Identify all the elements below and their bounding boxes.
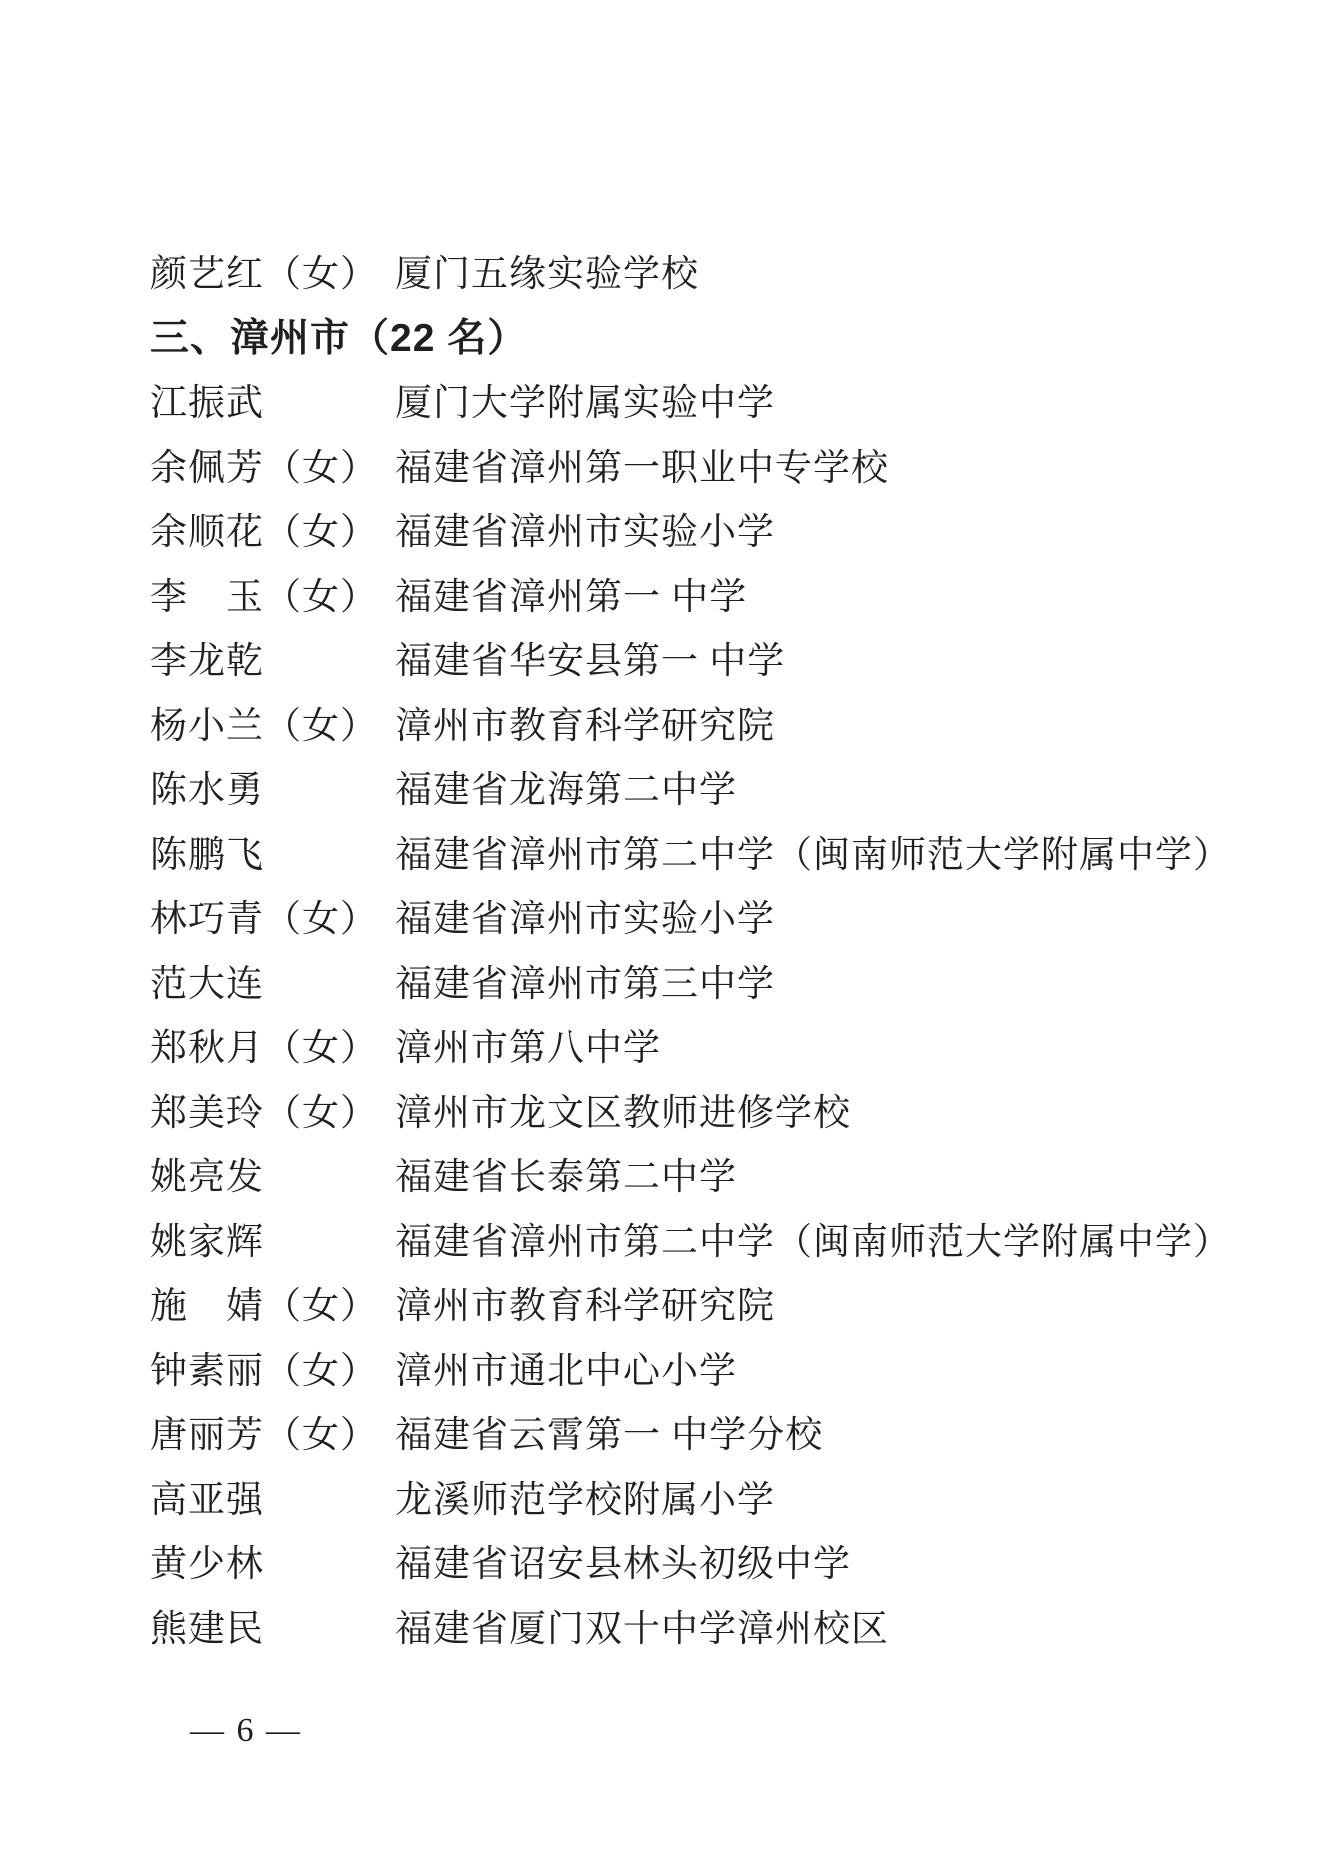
list-item: 李 玉（女）福建省漳州第一 中学 xyxy=(150,561,1283,626)
list-item: 李龙乾福建省华安县第一 中学 xyxy=(150,625,1283,690)
list-item: 姚亮发福建省长泰第二中学 xyxy=(150,1141,1283,1206)
person-name: 范大连 xyxy=(150,953,395,1007)
list-item: 钟素丽（女）漳州市通北中心小学 xyxy=(150,1335,1283,1400)
list-item: 高亚强龙溪师范学校附属小学 xyxy=(150,1464,1283,1529)
roster-list: 江振武厦门大学附属实验中学余佩芳（女）福建省漳州第一职业中专学校余顺花（女）福建… xyxy=(150,367,1283,1657)
school-name: 福建省龙海第二中学 xyxy=(395,759,1283,813)
person-name: 林巧青（女） xyxy=(150,888,395,942)
school-name: 福建省诏安县林头初级中学 xyxy=(395,1533,1283,1587)
person-name: 余佩芳（女） xyxy=(150,437,395,491)
person-name: 郑美玲（女） xyxy=(150,1082,395,1136)
section-heading: 三、漳州市（22 名） xyxy=(150,307,527,363)
school-name: 福建省厦门双十中学漳州校区 xyxy=(395,1598,1283,1652)
school-name: 福建省漳州第一职业中专学校 xyxy=(395,437,1283,491)
school-name: 福建省长泰第二中学 xyxy=(395,1146,1283,1200)
list-item: 范大连福建省漳州市第三中学 xyxy=(150,948,1283,1013)
person-name: 余顺花（女） xyxy=(150,501,395,555)
list-item: 余佩芳（女）福建省漳州第一职业中专学校 xyxy=(150,432,1283,497)
list-item: 姚家辉福建省漳州市第二中学（闽南师范大学附属中学） xyxy=(150,1206,1283,1271)
school-name: 漳州市通北中心小学 xyxy=(395,1340,1283,1394)
school-name: 福建省漳州市第二中学（闽南师范大学附属中学） xyxy=(395,824,1283,878)
list-item: 江振武厦门大学附属实验中学 xyxy=(150,367,1283,432)
section-heading-row: 三、漳州市（22 名） xyxy=(150,303,1283,368)
page-number: — 6 — xyxy=(190,1712,302,1750)
person-name: 黄少林 xyxy=(150,1533,395,1587)
school-name: 漳州市第八中学 xyxy=(395,1017,1283,1071)
school-name: 福建省漳州第一 中学 xyxy=(395,566,1283,620)
document-page: 颜艺红（女） 厦门五缘实验学校 三、漳州市（22 名） 江振武厦门大学附属实验中… xyxy=(0,0,1323,1871)
school-name: 龙溪师范学校附属小学 xyxy=(395,1469,1283,1523)
school-name: 厦门大学附属实验中学 xyxy=(395,372,1283,426)
person-name: 高亚强 xyxy=(150,1469,395,1523)
person-name: 杨小兰（女） xyxy=(150,695,395,749)
person-name: 陈水勇 xyxy=(150,759,395,813)
school-name: 福建省华安县第一 中学 xyxy=(395,630,1283,684)
list-item: 林巧青（女）福建省漳州市实验小学 xyxy=(150,883,1283,948)
school-name: 福建省云霄第一 中学分校 xyxy=(395,1404,1283,1458)
person-name: 钟素丽（女） xyxy=(150,1340,395,1394)
school-name: 福建省漳州市第三中学 xyxy=(395,953,1283,1007)
school-name: 福建省漳州市实验小学 xyxy=(395,501,1283,555)
person-name: 李 玉（女） xyxy=(150,566,395,620)
person-name: 唐丽芳（女） xyxy=(150,1404,395,1458)
list-item: 郑美玲（女）漳州市龙文区教师进修学校 xyxy=(150,1077,1283,1142)
roster-content: 颜艺红（女） 厦门五缘实验学校 三、漳州市（22 名） 江振武厦门大学附属实验中… xyxy=(150,238,1283,1657)
school-name: 福建省漳州市实验小学 xyxy=(395,888,1283,942)
list-item: 余顺花（女）福建省漳州市实验小学 xyxy=(150,496,1283,561)
school-name: 厦门五缘实验学校 xyxy=(395,243,1283,297)
list-item: 郑秋月（女）漳州市第八中学 xyxy=(150,1012,1283,1077)
person-name: 颜艺红（女） xyxy=(150,243,395,297)
person-name: 熊建民 xyxy=(150,1598,395,1652)
person-name: 陈鹏飞 xyxy=(150,824,395,878)
person-name: 江振武 xyxy=(150,372,395,426)
person-name: 施 婧（女） xyxy=(150,1275,395,1329)
list-item: 陈水勇福建省龙海第二中学 xyxy=(150,754,1283,819)
list-item: 杨小兰（女）漳州市教育科学研究院 xyxy=(150,690,1283,755)
school-name: 漳州市教育科学研究院 xyxy=(395,1275,1283,1329)
list-item: 唐丽芳（女）福建省云霄第一 中学分校 xyxy=(150,1399,1283,1464)
list-item: 施 婧（女）漳州市教育科学研究院 xyxy=(150,1270,1283,1335)
person-name: 李龙乾 xyxy=(150,630,395,684)
school-name: 福建省漳州市第二中学（闽南师范大学附属中学） xyxy=(395,1211,1283,1265)
person-name: 姚亮发 xyxy=(150,1146,395,1200)
list-item: 熊建民福建省厦门双十中学漳州校区 xyxy=(150,1593,1283,1658)
person-name: 姚家辉 xyxy=(150,1211,395,1265)
school-name: 漳州市龙文区教师进修学校 xyxy=(395,1082,1283,1136)
list-item: 黄少林福建省诏安县林头初级中学 xyxy=(150,1528,1283,1593)
school-name: 漳州市教育科学研究院 xyxy=(395,695,1283,749)
list-item: 陈鹏飞福建省漳州市第二中学（闽南师范大学附属中学） xyxy=(150,819,1283,884)
list-item-carryover: 颜艺红（女） 厦门五缘实验学校 xyxy=(150,238,1283,303)
person-name: 郑秋月（女） xyxy=(150,1017,395,1071)
